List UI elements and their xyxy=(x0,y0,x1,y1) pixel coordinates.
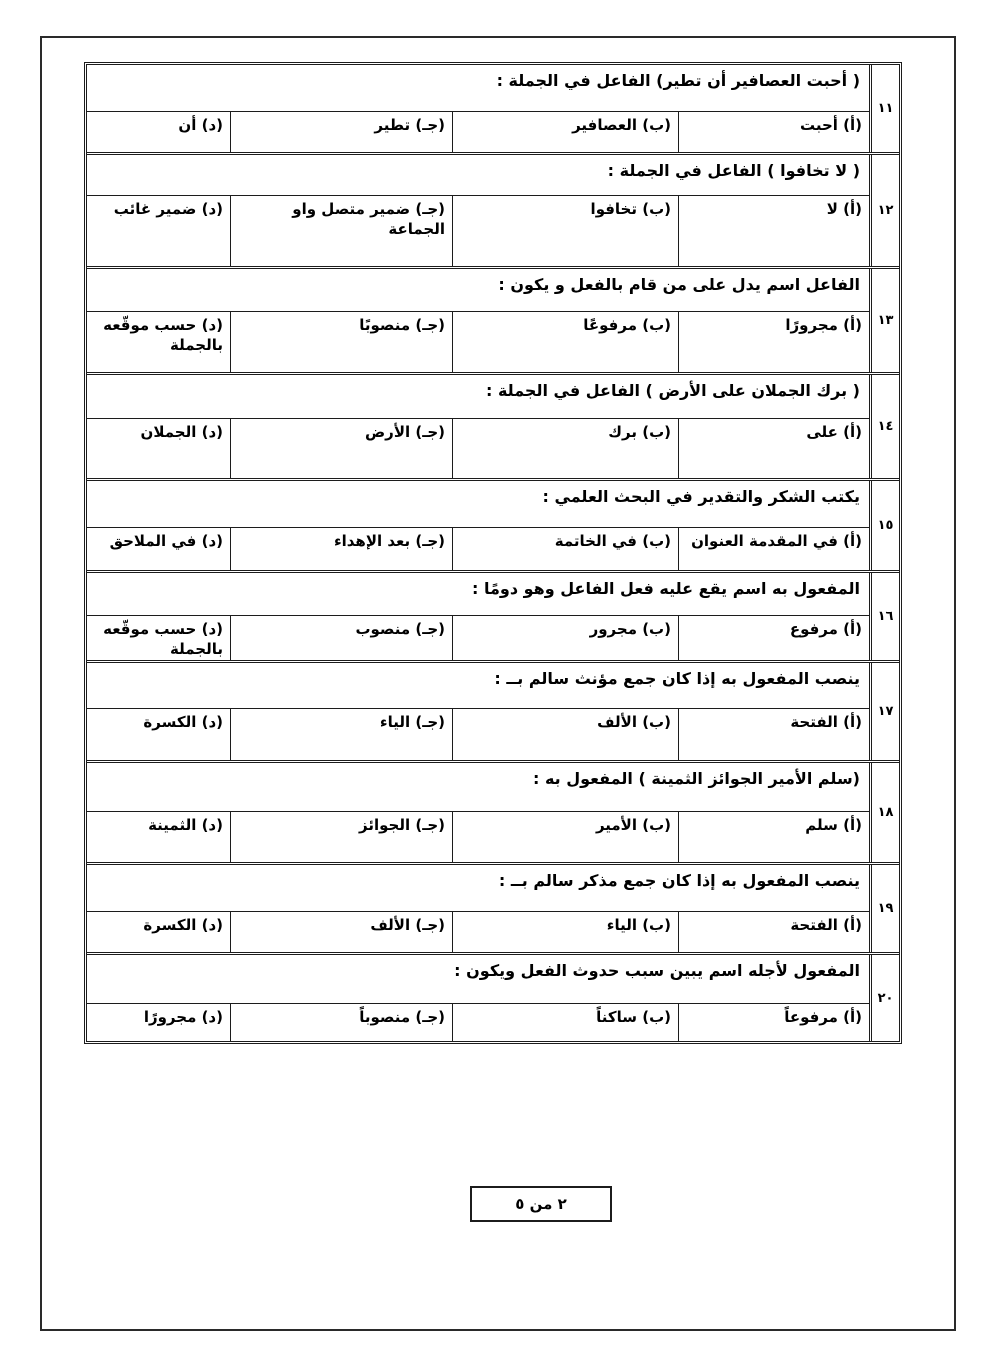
option-b: (ب) ساكناً xyxy=(453,1003,679,1041)
option-a: (أ) في المقدمة العنوان xyxy=(679,527,869,570)
question-block-17: ١٧ ينصب المفعول به إذا كان جمع مؤنث سالم… xyxy=(87,663,899,763)
option-b: (ب) في الخاتمة xyxy=(453,527,679,570)
question-number: ١٩ xyxy=(869,865,899,952)
option-d: (د) ضمير غائب xyxy=(87,195,231,266)
question-text: ينصب المفعول به إذا كان جمع مؤنث سالم بـ… xyxy=(87,663,869,708)
option-d: (د) الجملان xyxy=(87,418,231,478)
option-a: (أ) مرفوعاً xyxy=(679,1003,869,1041)
option-a: (أ) الفتحة xyxy=(679,708,869,760)
option-d: (د) الكسرة xyxy=(87,708,231,760)
question-number: ١٣ xyxy=(869,269,899,372)
question-block-15: ١٥ يكتب الشكر والتقدير في البحث العلمي :… xyxy=(87,481,899,573)
question-block-14: ١٤ ( برك الجملان على الأرض ) الفاعل في ا… xyxy=(87,375,899,481)
option-c: (جـ) ضمير متصل واو الجماعة xyxy=(231,195,453,266)
option-d: (د) الثمينة xyxy=(87,811,231,862)
question-text: ( برك الجملان على الأرض ) الفاعل في الجم… xyxy=(87,375,869,418)
question-number: ١٢ xyxy=(869,155,899,266)
option-d: (د) مجرورًا xyxy=(87,1003,231,1041)
exam-page: { "footer": { "page_indicator": "٢ من ٥"… xyxy=(0,0,992,1370)
option-b: (ب) برك xyxy=(453,418,679,478)
option-c: (جـ) منصوباً xyxy=(231,1003,453,1041)
question-text: الفاعل اسم يدل على من قام بالفعل و يكون … xyxy=(87,269,869,311)
option-b: (ب) الياء xyxy=(453,911,679,952)
question-number: ١٦ xyxy=(869,573,899,660)
option-a: (أ) الفتحة xyxy=(679,911,869,952)
option-b: (ب) العصافير xyxy=(453,111,679,152)
question-block-12: ١٢ ( لا تخافوا ) الفاعل في الجملة : (أ) … xyxy=(87,155,899,269)
question-text: المفعول به اسم يقع عليه فعل الفاعل وهو د… xyxy=(87,573,869,615)
option-c: (جـ) الأرض xyxy=(231,418,453,478)
option-c: (جـ) منصوب xyxy=(231,615,453,660)
option-d: (د) أن xyxy=(87,111,231,152)
question-text: ( لا تخافوا ) الفاعل في الجملة : xyxy=(87,155,869,195)
question-block-13: ١٣ الفاعل اسم يدل على من قام بالفعل و يك… xyxy=(87,269,899,375)
question-number: ١٧ xyxy=(869,663,899,760)
question-number: ١٥ xyxy=(869,481,899,570)
option-c: (جـ) الياء xyxy=(231,708,453,760)
option-c: (جـ) الجوائز xyxy=(231,811,453,862)
questions-table: ١١ ( أحبت العصافير أن تطير) الفاعل في ال… xyxy=(84,62,902,1044)
question-number: ١٤ xyxy=(869,375,899,478)
option-c: (جـ) بعد الإهداء xyxy=(231,527,453,570)
question-text: ( أحبت العصافير أن تطير) الفاعل في الجمل… xyxy=(87,65,869,111)
question-block-18: ١٨ (سلم الأمير الجوائز الثمينة ) المفعول… xyxy=(87,763,899,865)
question-block-16: ١٦ المفعول به اسم يقع عليه فعل الفاعل وه… xyxy=(87,573,899,663)
option-a: (أ) مرفوع xyxy=(679,615,869,660)
question-number: ١١ xyxy=(869,65,899,152)
question-text: المفعول لأجله اسم يبين سبب حدوث الفعل وي… xyxy=(87,955,869,1003)
option-b: (ب) تخافوا xyxy=(453,195,679,266)
question-block-20: ٢٠ المفعول لأجله اسم يبين سبب حدوث الفعل… xyxy=(87,955,899,1041)
option-b: (ب) الأمير xyxy=(453,811,679,862)
question-number: ١٨ xyxy=(869,763,899,862)
option-b: (ب) مجرور xyxy=(453,615,679,660)
option-a: (أ) أحبت xyxy=(679,111,869,152)
page-number-text: ٢ من ٥ xyxy=(515,1195,567,1213)
option-a: (أ) لا xyxy=(679,195,869,266)
option-a: (أ) مجرورًا xyxy=(679,311,869,372)
question-block-11: ١١ ( أحبت العصافير أن تطير) الفاعل في ال… xyxy=(87,65,899,155)
question-text: (سلم الأمير الجوائز الثمينة ) المفعول به… xyxy=(87,763,869,811)
option-a: (أ) على xyxy=(679,418,869,478)
question-text: ينصب المفعول به إذا كان جمع مذكر سالم بـ… xyxy=(87,865,869,911)
question-text: يكتب الشكر والتقدير في البحث العلمي : xyxy=(87,481,869,527)
option-d: (د) الكسرة xyxy=(87,911,231,952)
option-d: (د) حسب موقّعه بالجملة xyxy=(87,615,231,660)
option-d: (د) في الملاحق xyxy=(87,527,231,570)
option-a: (أ) سلم xyxy=(679,811,869,862)
option-b: (ب) الألف xyxy=(453,708,679,760)
page-number-box: ٢ من ٥ xyxy=(470,1186,612,1222)
option-c: (جـ) تطير xyxy=(231,111,453,152)
option-d: (د) حسب موقّعه بالجملة xyxy=(87,311,231,372)
option-b: (ب) مرفوعًا xyxy=(453,311,679,372)
question-number: ٢٠ xyxy=(869,955,899,1041)
option-c: (جـ) منصوبًا xyxy=(231,311,453,372)
question-block-19: ١٩ ينصب المفعول به إذا كان جمع مذكر سالم… xyxy=(87,865,899,955)
option-c: (جـ) الألف xyxy=(231,911,453,952)
